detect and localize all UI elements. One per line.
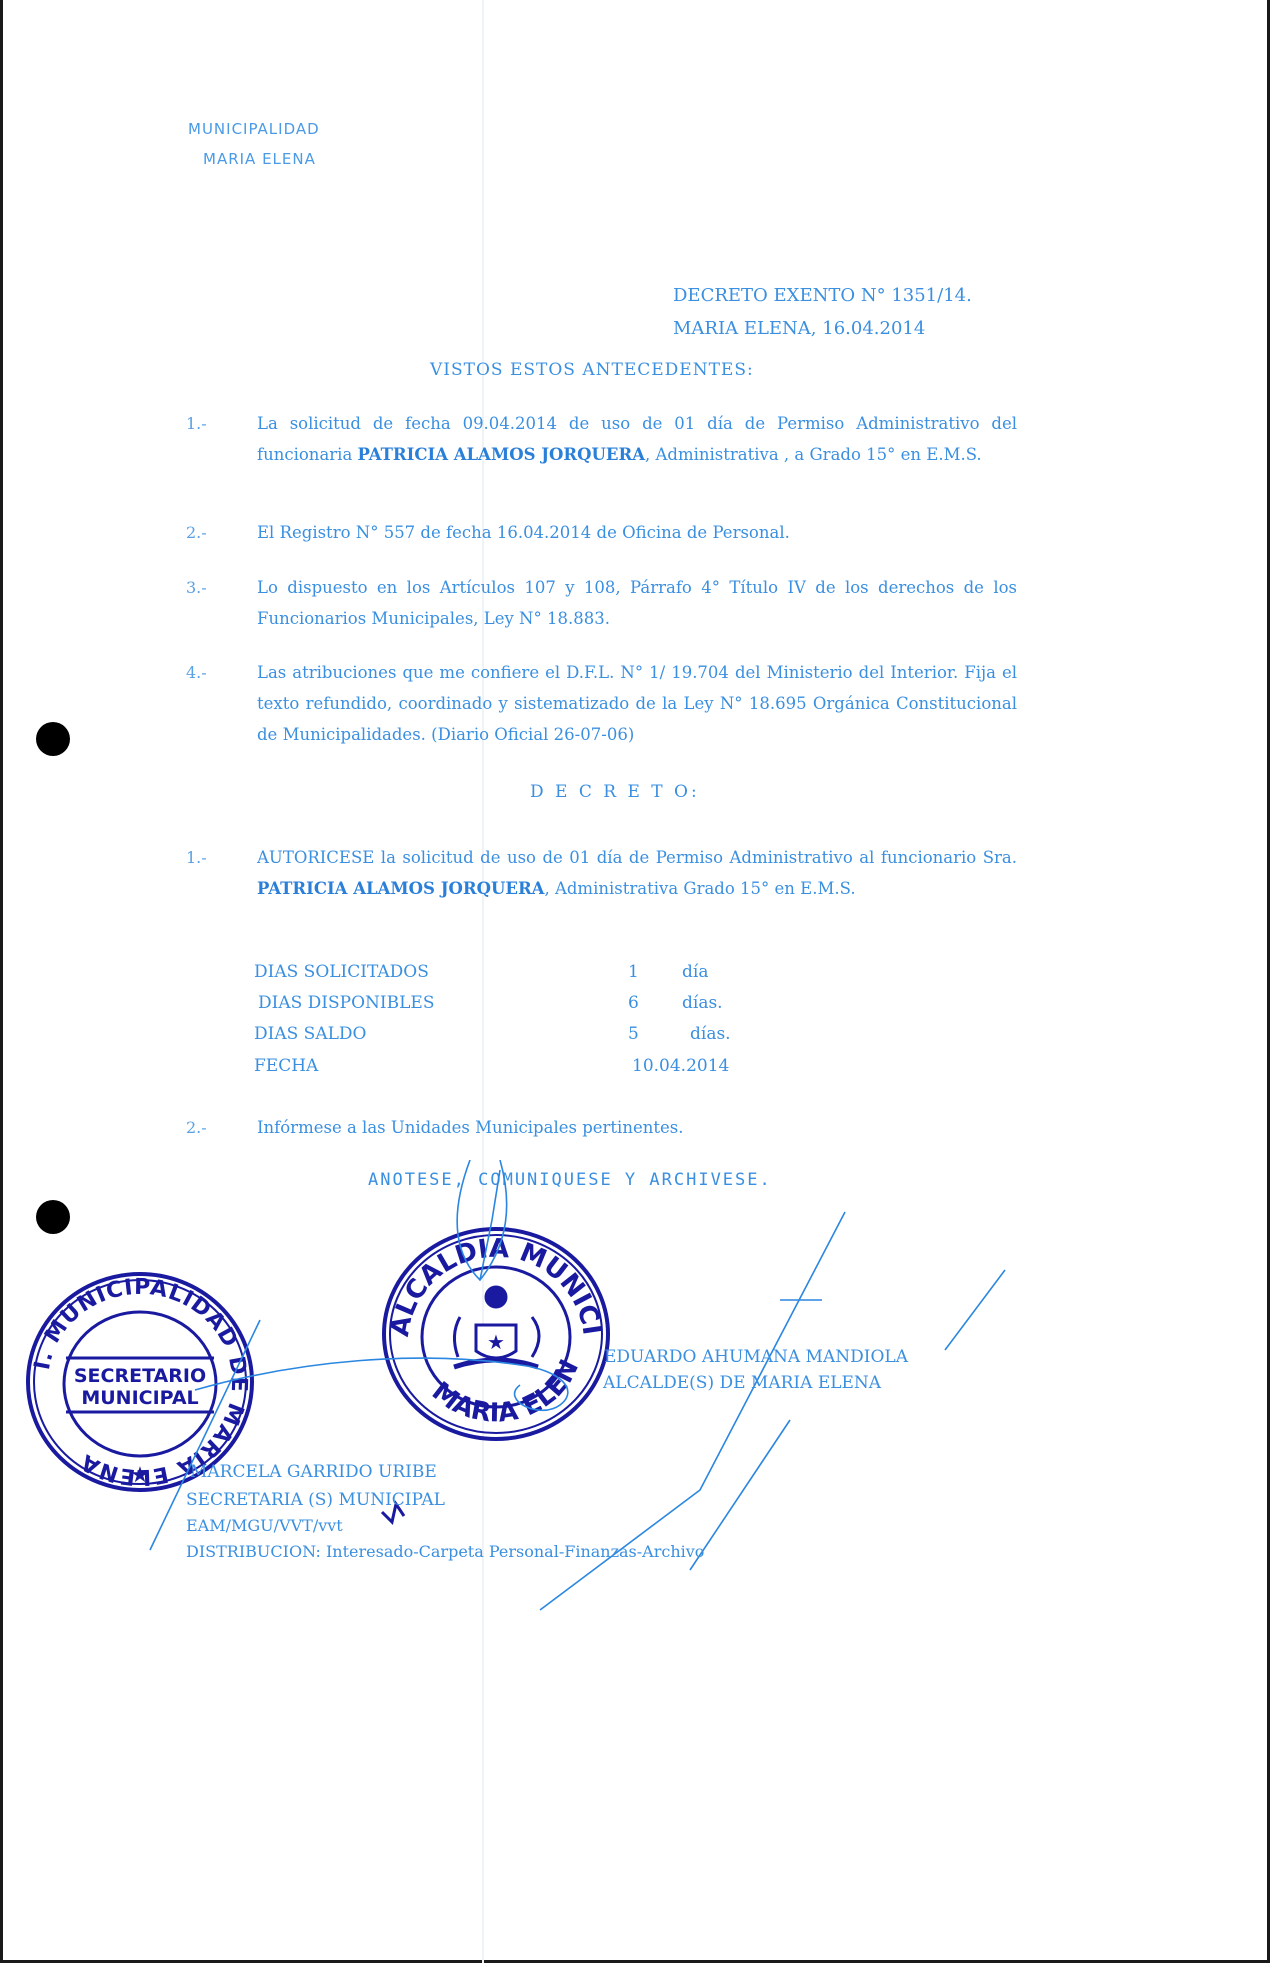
summary-label: DIAS SALDO [254, 1024, 366, 1044]
antecedente-3: Lo dispuesto en los Artículos 107 y 108,… [257, 572, 1017, 634]
initials-line: EAM/MGU/VVT/vvt [186, 1516, 343, 1535]
decreto-title: D E C R E T O: [530, 782, 700, 802]
antecedente-1: La solicitud de fecha 09.04.2014 de uso … [257, 408, 1017, 470]
antecedente-number: 4.- [186, 663, 207, 682]
summary-unit: día [682, 962, 708, 982]
secretary-title: SECRETARIA (S) MUNICIPAL [186, 1490, 445, 1510]
municipality-header-line2: MARIA ELENA [203, 150, 316, 168]
summary-label: DIAS SOLICITADOS [254, 962, 429, 982]
antecedente-number: 1.- [186, 414, 207, 433]
punch-hole-top [36, 722, 70, 756]
mayor-name: EDUARDO AHUMANA MANDIOLA [604, 1347, 908, 1367]
summary-value: 1 [628, 962, 639, 982]
resolucion-2: Infórmese a las Unidades Municipales per… [257, 1112, 1017, 1143]
summary-value: 10.04.2014 [632, 1056, 729, 1076]
summary-unit: días. [690, 1024, 731, 1044]
employee-name: PATRICIA ALAMOS JORQUERA [257, 879, 544, 898]
summary-label: FECHA [254, 1056, 318, 1076]
paper-crease [482, 0, 484, 1963]
antecedente-number: 2.- [186, 523, 207, 542]
mayor-title: ALCALDE(S) DE MARIA ELENA [603, 1373, 881, 1393]
resolucion-1: AUTORICESE la solicitud de uso de 01 día… [257, 842, 1017, 904]
resolucion-number: 1.- [186, 848, 207, 867]
municipality-header-line1: MUNICIPALIDAD [188, 120, 320, 138]
employee-name: PATRICIA ALAMOS JORQUERA [358, 445, 645, 464]
antecedente-number: 3.- [186, 578, 207, 597]
summary-unit: días. [682, 993, 723, 1013]
secretary-name: MARCELA GARRIDO URIBE [190, 1462, 437, 1482]
scan-edge-left [0, 0, 3, 1963]
resolucion-number: 2.- [186, 1118, 207, 1137]
place-date: MARIA ELENA, 16.04.2014 [673, 318, 925, 339]
antecedente-2: El Registro N° 557 de fecha 16.04.2014 d… [257, 517, 1017, 548]
antecedente-4: Las atribuciones que me confiere el D.F.… [257, 657, 1017, 750]
summary-label: DIAS DISPONIBLES [258, 993, 434, 1013]
summary-value: 6 [628, 993, 639, 1013]
distribution-line: DISTRIBUCION: Interesado-Carpeta Persona… [186, 1542, 704, 1561]
summary-value: 5 [628, 1024, 639, 1044]
vistos-title: VISTOS ESTOS ANTECEDENTES: [430, 360, 754, 380]
decree-number: DECRETO EXENTO N° 1351/14. [673, 285, 972, 306]
